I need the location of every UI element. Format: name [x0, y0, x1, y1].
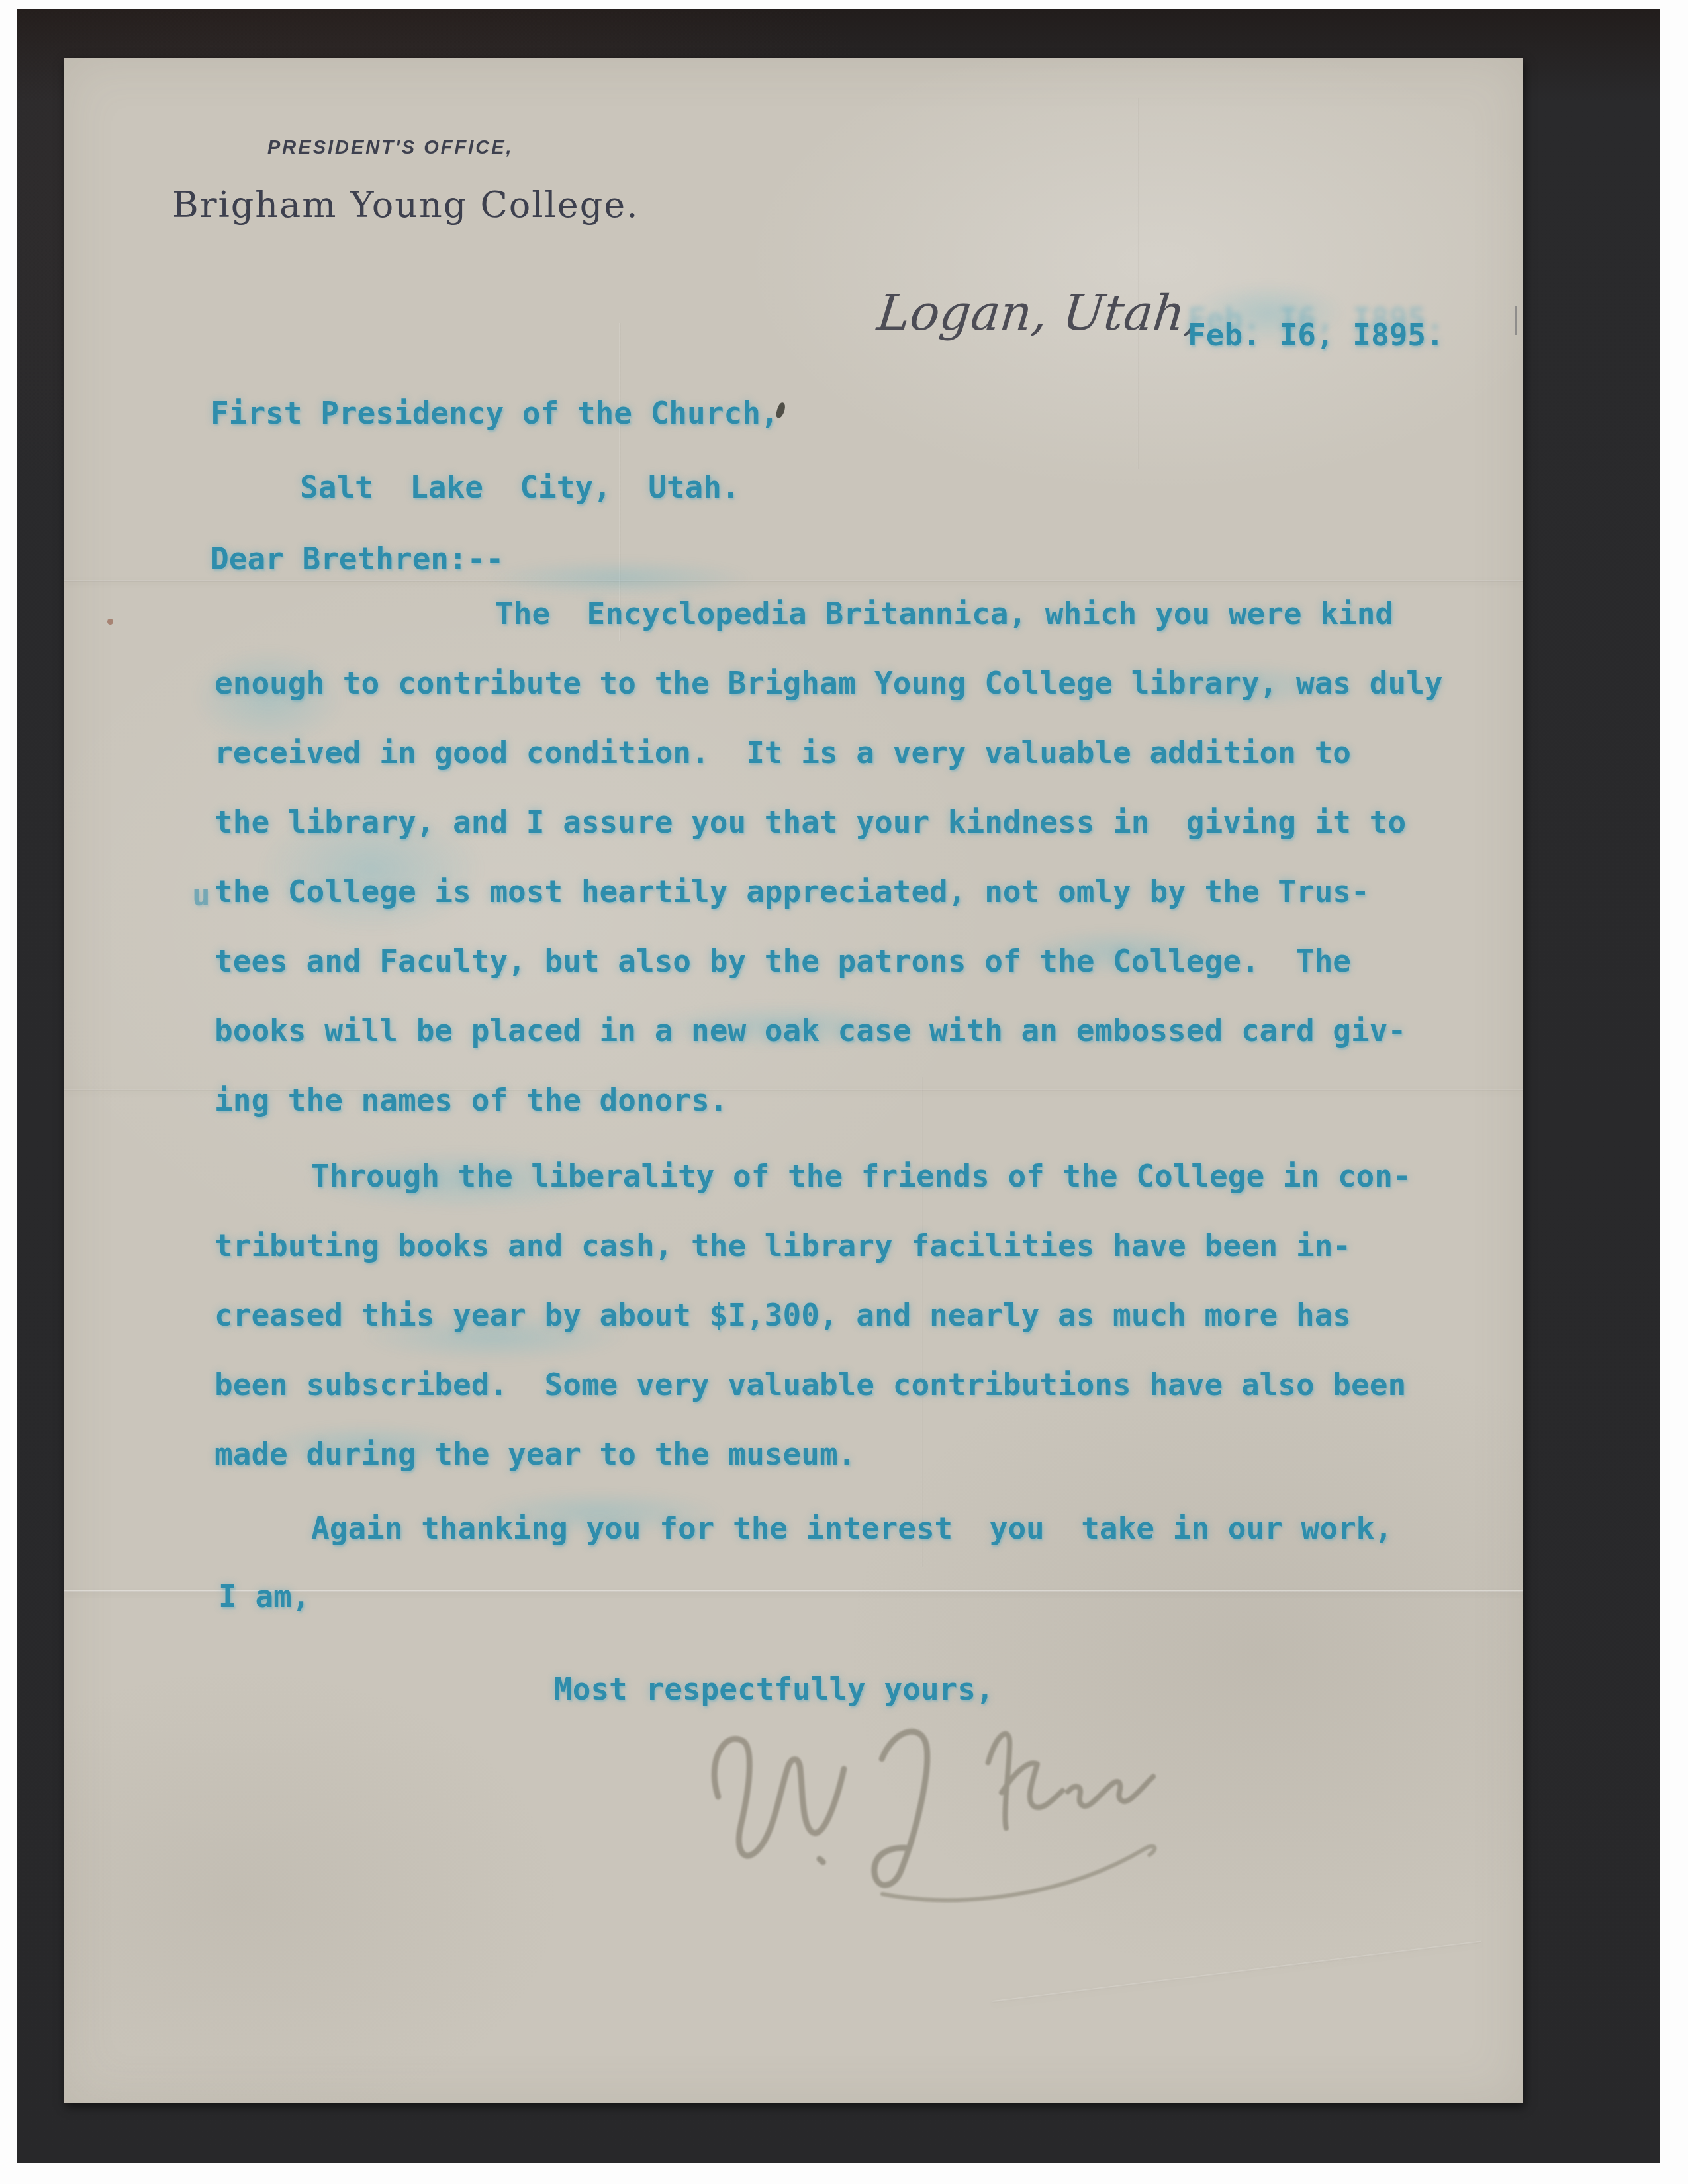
letter-line: the College is most heartily appreciated…	[214, 876, 1370, 907]
recipient-name: First Presidency of the Church,	[211, 397, 779, 429]
salutation: Dear Brethren:--	[211, 543, 504, 574]
letter-line: Through the liberality of the friends of…	[311, 1160, 1411, 1192]
letter-line: received in good condition. It is a very…	[214, 737, 1351, 768]
letter-line: tees and Faculty, but also by the patron…	[214, 945, 1351, 977]
stray-typed-mark: u	[192, 879, 211, 911]
letterhead-office-line: PRESIDENT'S OFFICE,	[267, 138, 514, 158]
wrinkle-bottom-right	[992, 1941, 1481, 2003]
letterhead-institution: Brigham Young College.	[172, 187, 639, 223]
letter-page: PRESIDENT'S OFFICE, Brigham Young Colleg…	[64, 58, 1523, 2103]
letter-line: made during the year to the museum.	[214, 1438, 856, 1470]
recipient-address: Salt Lake City, Utah.	[300, 471, 740, 503]
crease-vertical-upper	[1137, 98, 1139, 469]
paper-speck	[107, 619, 113, 625]
letter-line: Again thanking you for the interest you …	[311, 1512, 1393, 1544]
letter-line: The Encyclopedia Britannica, which you w…	[495, 598, 1393, 629]
date-line: Feb. I6, I895.	[1188, 319, 1444, 351]
scanned-letter: PRESIDENT'S OFFICE, Brigham Young Colleg…	[0, 0, 1688, 2184]
letter-line: tributing books and cash, the library fa…	[214, 1230, 1351, 1261]
letter-line: the library, and I assure you that your …	[214, 806, 1406, 838]
letter-line: ing the names of the donors.	[214, 1084, 727, 1116]
signature	[674, 1680, 1188, 1931]
scratch-mark	[1515, 306, 1517, 335]
letter-line: been subscribed. Some very valuable cont…	[214, 1369, 1406, 1400]
letter-line: enough to contribute to the Brigham Youn…	[214, 667, 1443, 699]
letter-line: I am,	[218, 1580, 310, 1612]
letterhead-place-script: Logan, Utah,	[875, 289, 1203, 338]
letter-line: creased this year by about $I,300, and n…	[214, 1299, 1351, 1331]
letter-line: books will be placed in a new oak case w…	[214, 1015, 1406, 1046]
